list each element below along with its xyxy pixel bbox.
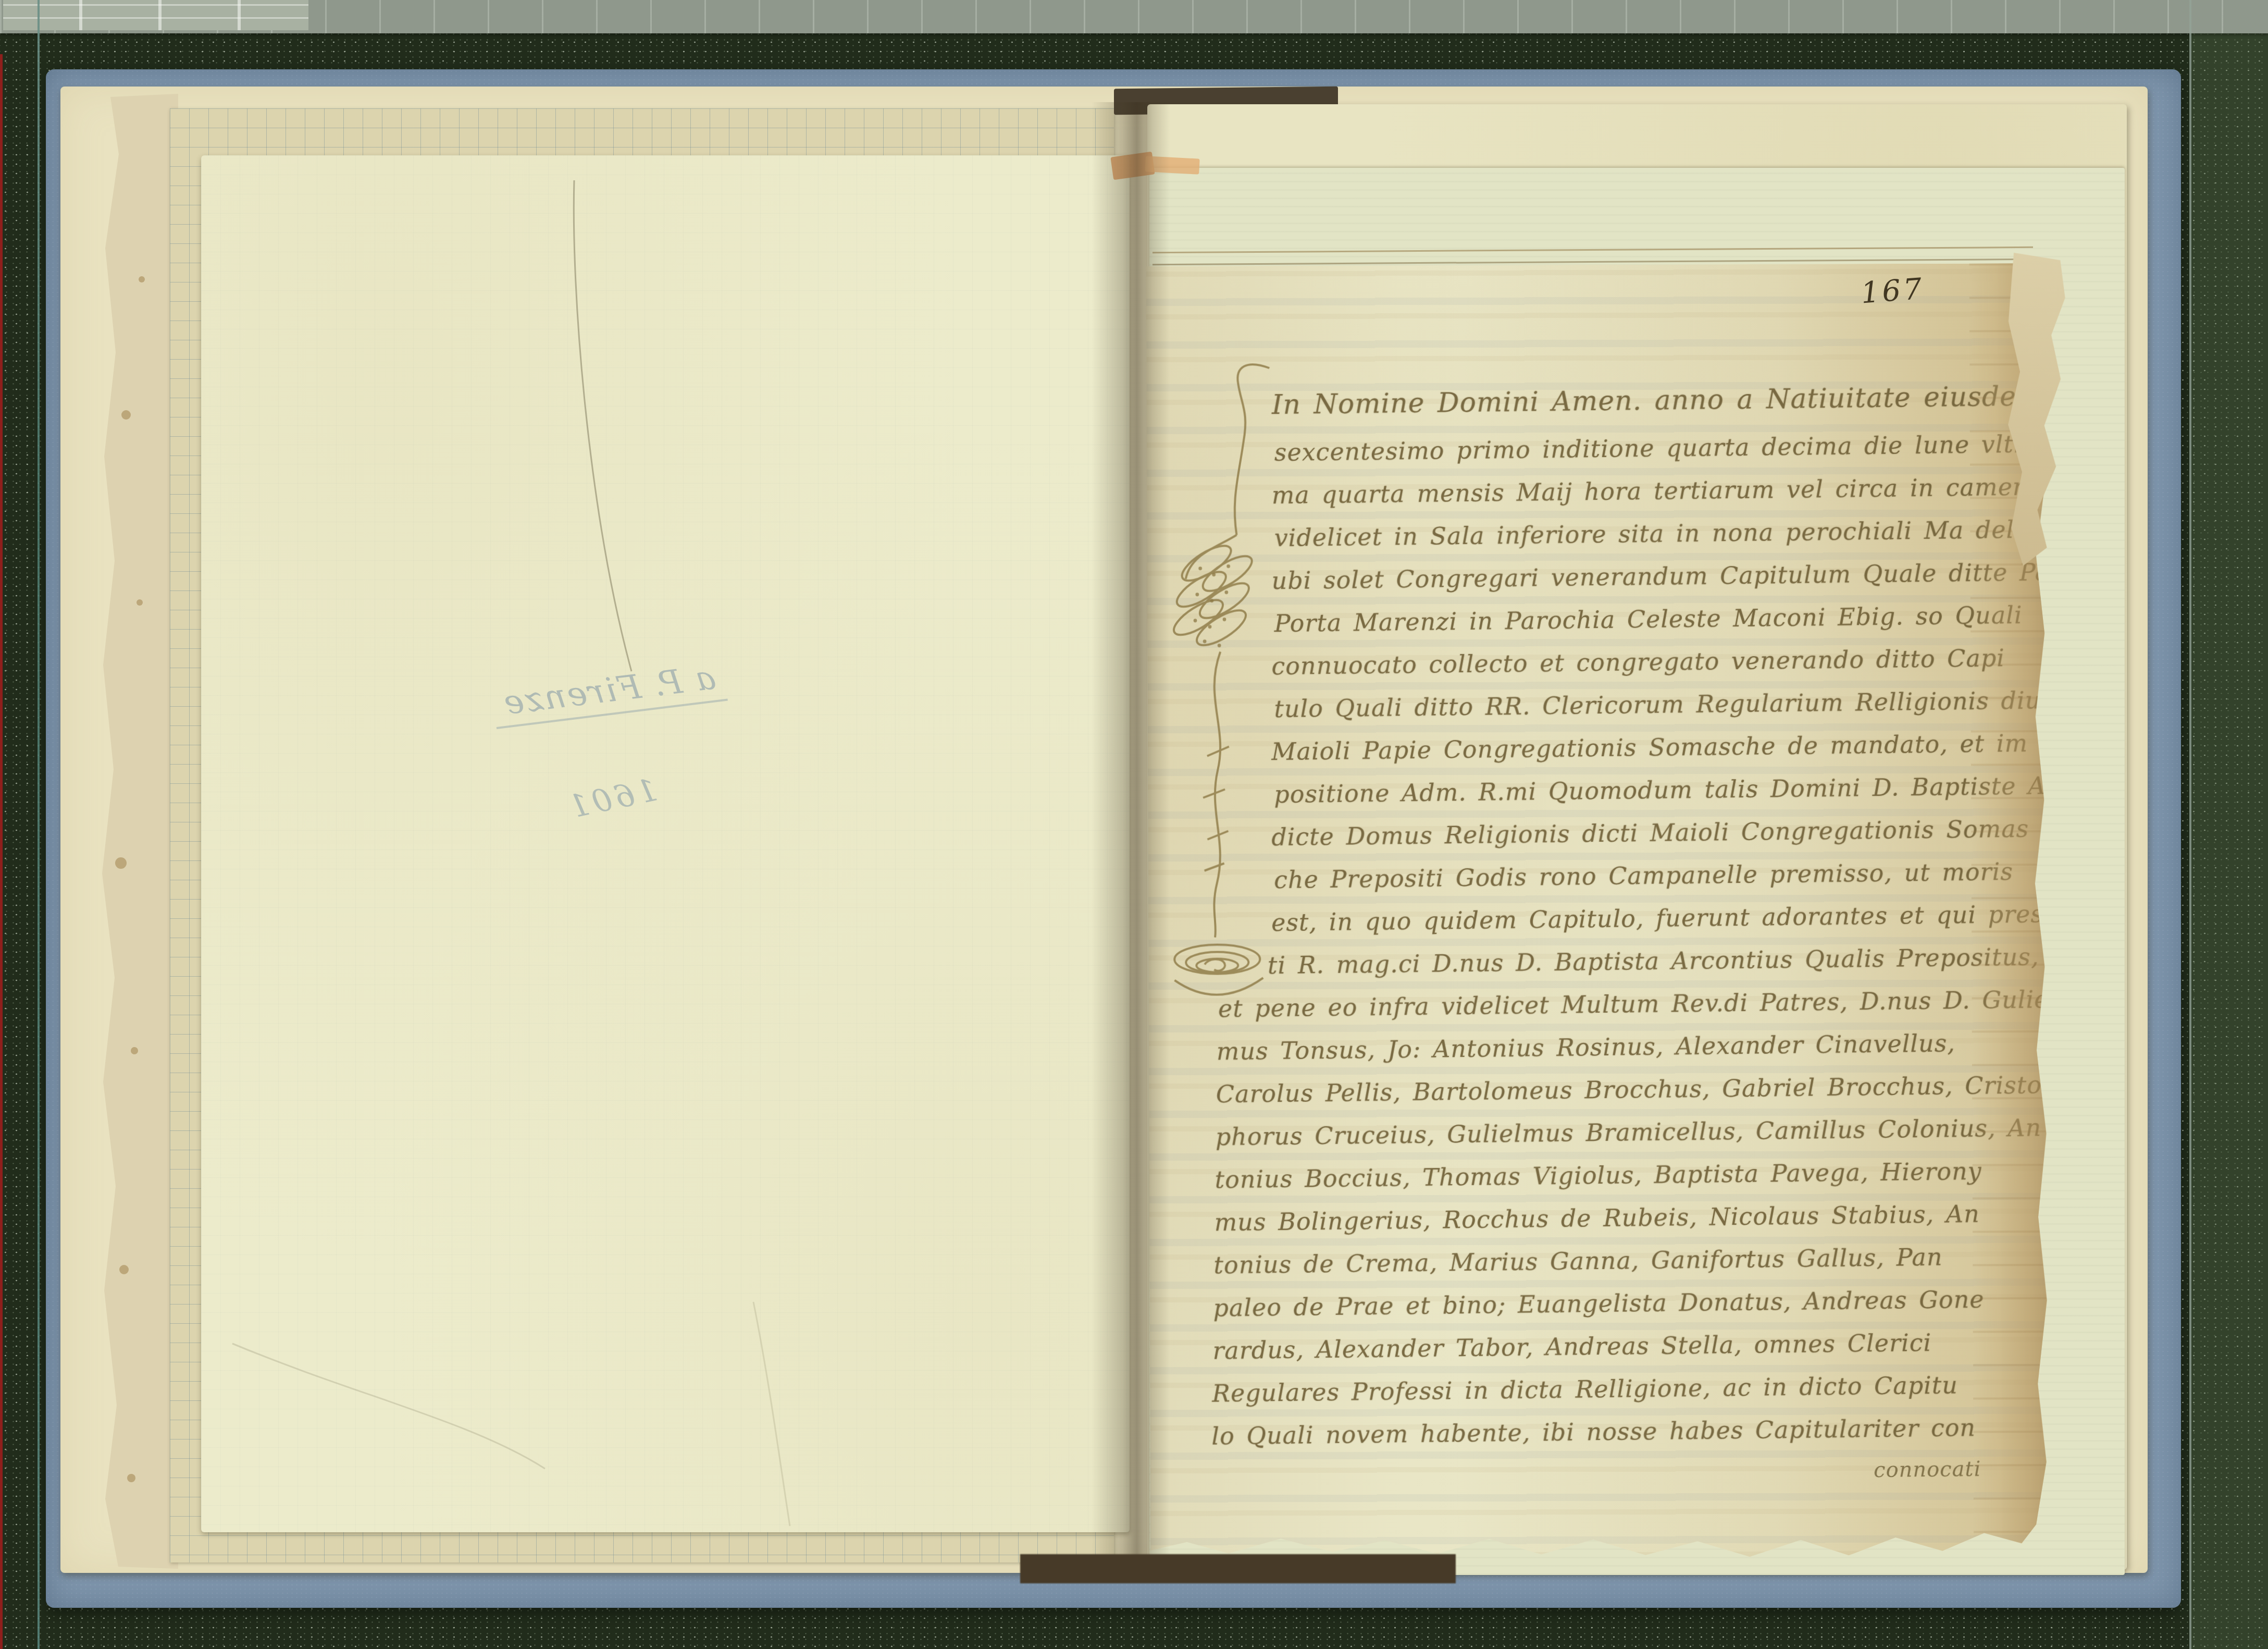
manuscript-line: ubi solet Congregari venerandum Capitulu… bbox=[1271, 557, 2088, 595]
ghost-title-text: a P. Firenze bbox=[491, 657, 728, 729]
manuscript-line: tonius Boccius, Thomas Vigiolus, Baptist… bbox=[1214, 1157, 1982, 1194]
manuscript-line: Carolus Pellis, Bartolomeus Brocchus, Ga… bbox=[1216, 1070, 2042, 1108]
manuscript-line: paleo de Prae et bino; Euangelista Donat… bbox=[1213, 1285, 1985, 1322]
photo-canvas: a P. Firenze 1601 bbox=[0, 0, 2268, 1649]
bleed-through-annotation: a P. Firenze 1601 bbox=[321, 671, 832, 869]
glass-edge-right bbox=[2189, 0, 2191, 1649]
manuscript-line: tulo Quali ditto RR. Clericorum Regulari… bbox=[1274, 686, 2049, 723]
left-blank-page: a P. Firenze 1601 bbox=[201, 155, 1130, 1532]
manuscript-line: mus Bolingerius, Rocchus de Rubeis, Nico… bbox=[1214, 1200, 1980, 1237]
manuscript-line: dicte Domus Religionis dicti Maioli Cong… bbox=[1271, 815, 2029, 851]
manuscript-line: Maioli Papie Congregationis Somasche de … bbox=[1271, 729, 2028, 766]
table-surface-beyond-glass bbox=[2191, 0, 2268, 1649]
manuscript-line: et pene eo infra videlicet Multum Rev.di… bbox=[1218, 985, 2058, 1023]
manuscript-line: che Prepositi Godis rono Campanelle prem… bbox=[1274, 857, 2013, 894]
manuscript-line: positione Adm. R.mi Quomodum talis Domin… bbox=[1274, 770, 2129, 808]
film-edge-red-stripe bbox=[0, 54, 3, 1649]
manuscript-line: videlicet in Sala inferiore sita in nona… bbox=[1274, 514, 2088, 552]
manuscript-line: sexcentesimo primo inditione quarta deci… bbox=[1274, 430, 2022, 466]
manuscript-line: tonius de Crema, Marius Ganna, Ganifortu… bbox=[1213, 1243, 1943, 1279]
manuscript-line: connuocato collecto et congregato venera… bbox=[1271, 644, 2005, 680]
gutter-shadow bbox=[1092, 102, 1170, 1568]
background-wall-band bbox=[0, 0, 2268, 33]
spine-tail-shadow bbox=[1020, 1554, 1456, 1583]
glass-edge-left bbox=[38, 0, 40, 1649]
manuscript-line: lo Quali novem habente, ibi nosse habes … bbox=[1211, 1413, 1976, 1450]
manuscript-line: rardus, Alexander Tabor, Andreas Stella,… bbox=[1212, 1328, 1931, 1365]
manuscript-line: ma quarta mensis Maij hora tertiarum vel… bbox=[1271, 472, 2039, 509]
manuscript-line: Porta Marenzi in Parochia Celeste Maconi… bbox=[1274, 601, 2023, 637]
manuscript-line: mus Tonsus, Jo: Antonius Rosinus, Alexan… bbox=[1217, 1029, 1956, 1065]
manuscript-page: 167 In Nomine Domini Amen. anno a Natiui… bbox=[1146, 263, 2054, 1569]
manuscript-text-block: In Nomine Domini Amen. anno a Natiuitate… bbox=[1141, 260, 2059, 1573]
catchword: connocati bbox=[1874, 1457, 1981, 1482]
manuscript-line: Regulares Professi in dicta Relligione, … bbox=[1212, 1371, 1958, 1407]
manuscript-line: In Nomine Domini Amen. anno a Natiuitate… bbox=[1271, 379, 2125, 421]
ghost-year-text: 1601 bbox=[563, 771, 661, 826]
background-window-reflection bbox=[3, 0, 308, 30]
manuscript-line: est, in quo quidem Capitulo, fuerunt ado… bbox=[1271, 900, 2068, 937]
manuscript-line: phorus Cruceius, Gulielmus Bramicellus, … bbox=[1215, 1113, 2041, 1151]
ragged-backing-sheet bbox=[90, 92, 178, 1571]
